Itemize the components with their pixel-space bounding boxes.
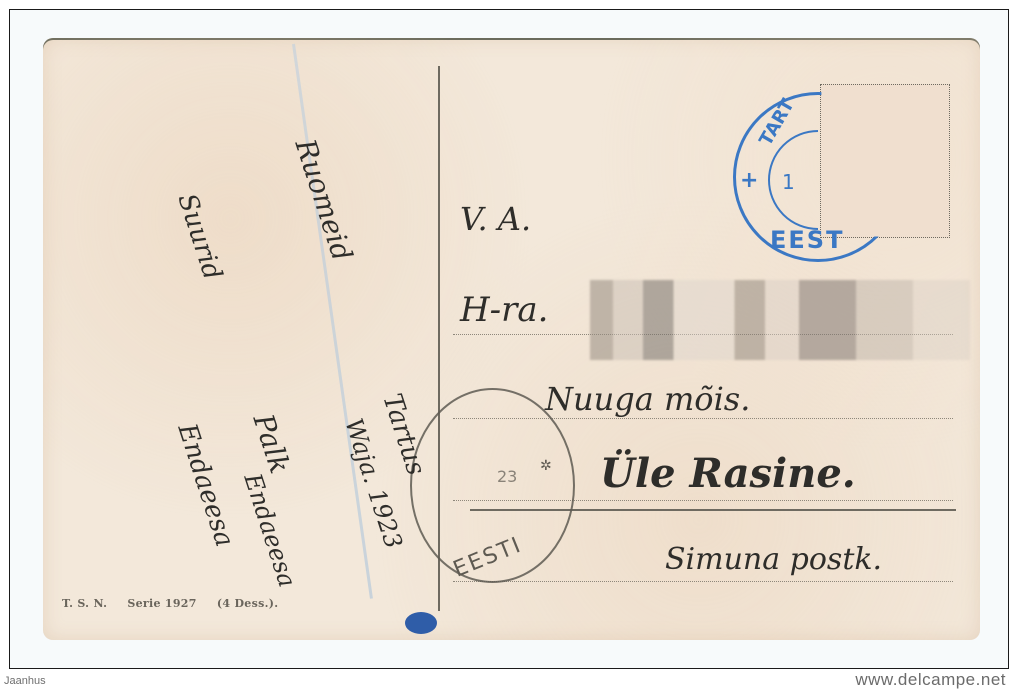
blue-postmark-cross: + (740, 168, 758, 193)
address-line-3: Nuuga mõis. (545, 380, 750, 418)
stamp-box (820, 84, 950, 238)
series-number: Serie 1927 (127, 597, 196, 610)
address-line-4: Üle Rasine. (600, 450, 856, 497)
address-line-2-prefix: H-ra. (460, 290, 548, 330)
blue-postmark-day: 1 (782, 170, 795, 194)
publisher-imprint: T. S. N. Serie 1927 (4 Dess.). (62, 597, 294, 610)
ink-blot (405, 612, 437, 634)
address-line-rule (453, 581, 953, 582)
black-postmark-star: ✲ (540, 458, 552, 474)
site-watermark: www.delcampe.net (855, 670, 1006, 690)
address-line-1: V. A. (460, 200, 531, 238)
address-line-5: Simuna postk. (665, 542, 882, 577)
seller-watermark: Jaanhus (4, 675, 46, 687)
redacted-recipient-name (590, 280, 970, 360)
publisher-name: T. S. N. (62, 597, 107, 610)
designs-count: (4 Dess.). (217, 597, 278, 610)
blue-postmark-country: EEST (770, 226, 844, 254)
black-postmark-date: 23 (497, 467, 517, 486)
